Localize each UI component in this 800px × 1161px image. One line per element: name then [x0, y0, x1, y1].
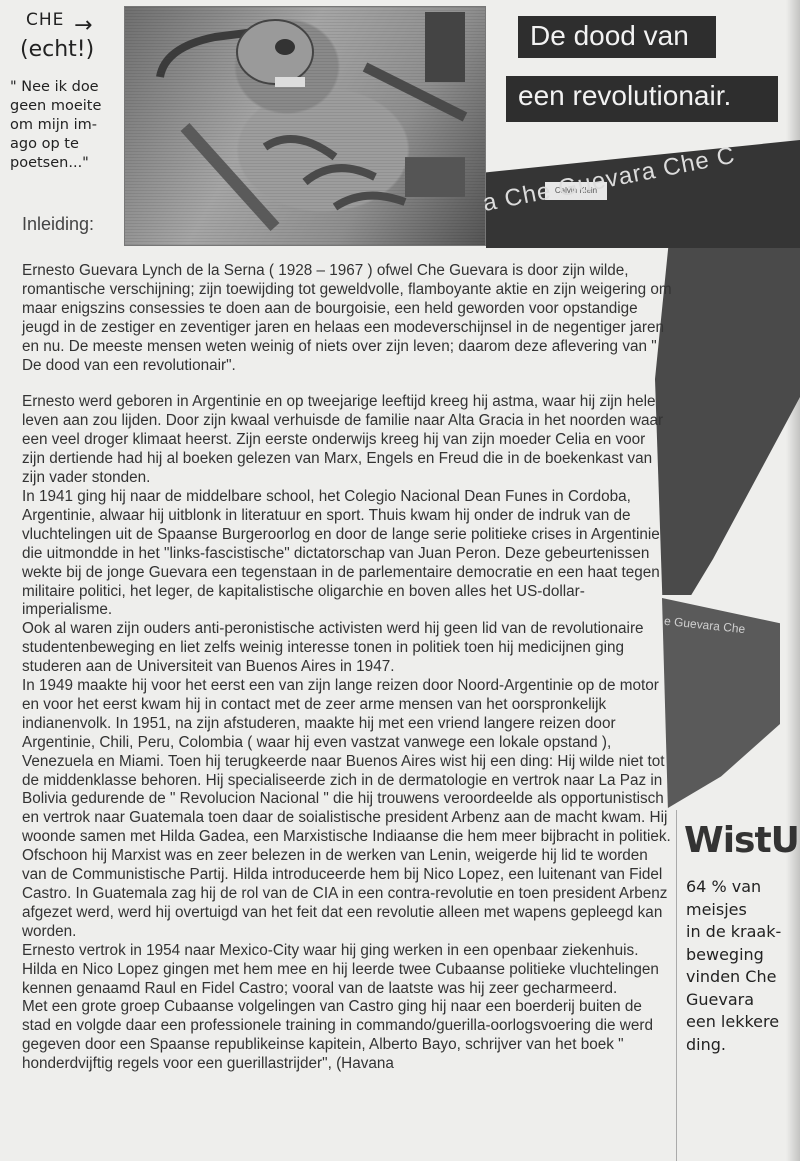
- sidebar-note-line: in de kraak-: [686, 921, 800, 944]
- sidebar-note-line: meisjes: [686, 899, 800, 922]
- arrow-right-icon: →: [74, 14, 92, 37]
- article-paragraph: In 1941 ging hij naar de middelbare scho…: [22, 488, 672, 620]
- sidebar-note-body: 64 % van meisjes in de kraak- beweging v…: [686, 876, 800, 1056]
- article-paragraph: Ernesto Guevara Lynch de la Serna ( 1928…: [22, 262, 672, 375]
- sidebar-note-line: Guevara: [686, 989, 800, 1012]
- skeleton-photo: [124, 6, 486, 246]
- title-line-2: een revolutionair.: [506, 76, 778, 122]
- title-line-1: De dood van: [518, 16, 716, 58]
- quote-line: om mijn im-: [10, 116, 122, 135]
- article-paragraph: Ernesto vertrok in 1954 naar Mexico-City…: [22, 942, 672, 999]
- quote-line: ago op te: [10, 135, 122, 154]
- sidebar-note-title: WistU?: [684, 820, 800, 861]
- skeleton-photo-graphic: [125, 7, 485, 245]
- section-heading: Inleiding:: [22, 214, 94, 235]
- sidebar-note-line: beweging: [686, 944, 800, 967]
- handwritten-quote: " Nee ik doe geen moeite om mijn im- ago…: [10, 78, 122, 173]
- article-paragraph: In 1949 maakte hij voor het eerst een va…: [22, 677, 672, 942]
- sidebar-note-line: 64 % van: [686, 876, 800, 899]
- quote-line: " Nee ik doe: [10, 78, 122, 97]
- quote-line: geen moeite: [10, 97, 122, 116]
- quote-line: poetsen...": [10, 154, 122, 173]
- article-paragraph: Ernesto werd geboren in Argentinie en op…: [22, 393, 672, 488]
- article-body: Ernesto Guevara Lynch de la Serna ( 1928…: [22, 262, 672, 1074]
- article-paragraph: Ook al waren zijn ouders anti-peronistis…: [22, 620, 672, 677]
- sidebar-note-line: ding.: [686, 1034, 800, 1057]
- underwear-garment-image: [655, 235, 800, 595]
- handwritten-che-label: CHE: [26, 12, 64, 30]
- article-paragraph: Met een grote groep Cubaanse volgelingen…: [22, 998, 672, 1074]
- sidebar-note-line: een lekkere: [686, 1011, 800, 1034]
- handwritten-echt: (echt!): [20, 38, 94, 61]
- sidebar-note-line: vinden Che: [686, 966, 800, 989]
- cut-edge-line: [676, 810, 677, 1161]
